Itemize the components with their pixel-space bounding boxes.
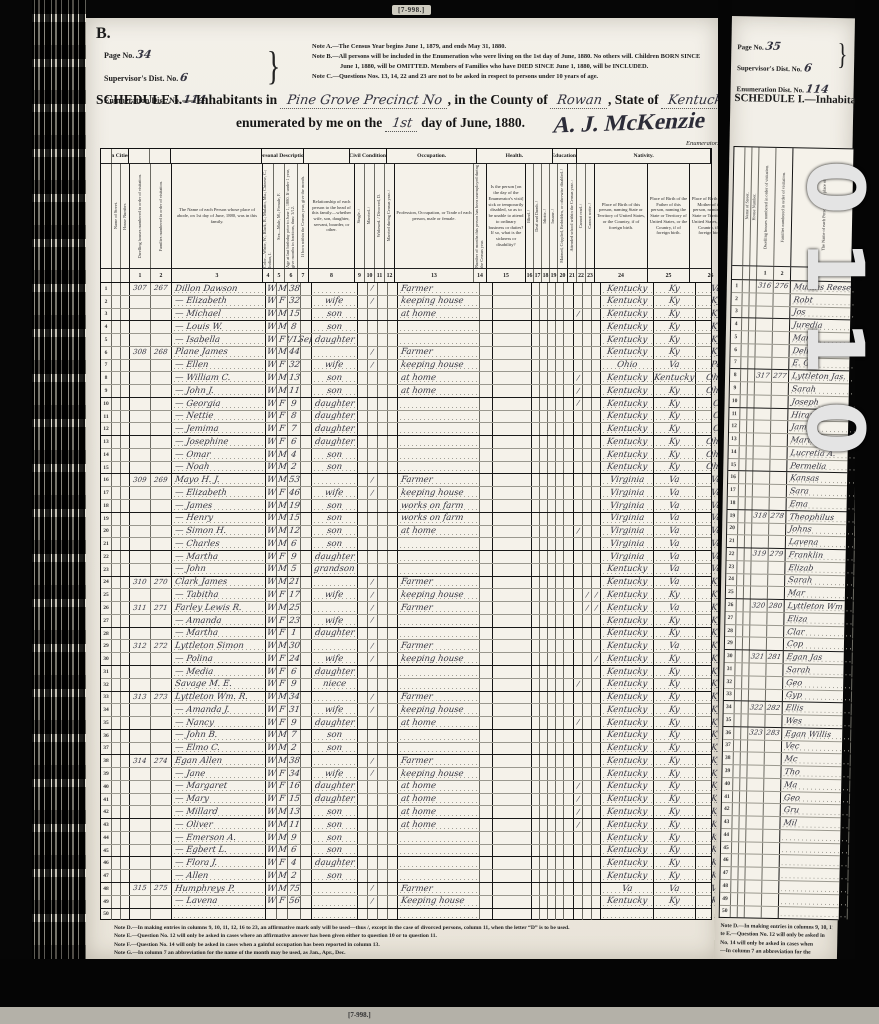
- cell-nm: — Amanda J.: [172, 704, 266, 716]
- right-cell-value: Cop: [786, 640, 803, 648]
- right-cell-value: Ma: [784, 781, 798, 789]
- column-header-fm: Families numbered in order of visitation…: [151, 164, 172, 268]
- table-group-header: In Cities.Personal Description.Civil Con…: [101, 149, 711, 164]
- column-header-label: Place of Birth of the Father of this per…: [648, 194, 689, 238]
- cell-bp: Virginia: [601, 526, 654, 538]
- right-cell-fm: 283: [765, 728, 782, 740]
- cell-value: /: [371, 298, 374, 305]
- column-header-si: Is the person [on the day of the Enumera…: [487, 164, 526, 268]
- right-cell-dw: [745, 906, 762, 918]
- cell-id: [548, 857, 556, 869]
- cell-c: W: [266, 296, 277, 308]
- cell-value: — Martha: [174, 553, 218, 562]
- cell-bl: [532, 717, 540, 729]
- line-number-cell: 20: [101, 526, 112, 538]
- cell-a: 13: [288, 806, 301, 818]
- cell-mai: [564, 628, 574, 640]
- cell-cw: [592, 666, 601, 678]
- cell-id: [548, 896, 556, 908]
- cell-fb: Va: [654, 513, 696, 525]
- cell-hs: [121, 283, 130, 295]
- right-cell-no: 30: [725, 650, 736, 662]
- cell-rl: wife: [312, 615, 358, 627]
- cell-mc: [388, 602, 398, 614]
- right-cell-value: Mar: [787, 589, 805, 597]
- right-district-id-block: Page No. 35 Supervisor's Dist. No. 6 Enu…: [736, 36, 829, 100]
- line-number-cell: 40: [101, 781, 112, 793]
- right-cell-dw: [746, 855, 763, 867]
- cell-mc: [388, 628, 398, 640]
- cell-bp: Kentucky: [601, 692, 654, 704]
- cell-mu: [480, 321, 493, 333]
- cell-cw: [592, 372, 601, 384]
- right-cell-no: 48: [720, 880, 731, 892]
- cell-rl: son: [312, 372, 358, 384]
- cell-fm: 270: [151, 577, 172, 589]
- line-number-cell: 13: [101, 436, 112, 448]
- right-cell-fm: 278: [769, 511, 786, 523]
- table-row: 24310270Clark JamesWM21/FarmerKentuckyVa…: [101, 576, 711, 589]
- cell-value: M: [277, 604, 287, 613]
- cell-sc: [574, 513, 583, 525]
- column-header-ins: Insane. /: [550, 164, 558, 268]
- cell-value: W: [266, 514, 276, 523]
- cell-value: daughter: [314, 668, 355, 677]
- cell-cw: [592, 819, 601, 831]
- cell-value: 46: [288, 489, 300, 498]
- cell-oc: at home: [398, 309, 480, 321]
- cell-cw: [592, 781, 601, 793]
- cell-value: W: [266, 846, 276, 855]
- cell-dw: [130, 334, 151, 346]
- cell-value: Virginia: [609, 553, 644, 562]
- cell-cw: [592, 857, 601, 869]
- cell-c: W: [266, 755, 277, 767]
- cell-fb: Va: [654, 538, 696, 550]
- cell-dw: [130, 309, 151, 321]
- cell-cw: [592, 743, 601, 755]
- cell-value: — Martha: [174, 629, 218, 638]
- cell-fm: 273: [151, 692, 172, 704]
- cell-oc: Farmer: [398, 883, 480, 895]
- cell-cr: [583, 474, 592, 486]
- cell-sc: [574, 283, 583, 295]
- cell-fm: [151, 845, 172, 857]
- cell-mai: [564, 666, 574, 678]
- cell-cr: [583, 551, 592, 563]
- cell-a: 21: [288, 577, 301, 589]
- cell-wd: [378, 538, 388, 550]
- cell-value: 44: [288, 348, 300, 357]
- right-cell-value: Gyp: [785, 692, 802, 700]
- left-film-edge: [32, 0, 86, 1024]
- cell-sc: /: [574, 398, 583, 410]
- right-cell-no: 45: [721, 842, 732, 854]
- cell-id: [548, 845, 556, 857]
- cell-mr: /: [368, 360, 378, 372]
- right-cell-value: Ellis: [785, 704, 804, 712]
- right-cell-nm: Eliza: [784, 613, 853, 626]
- cell-c: W: [266, 309, 277, 321]
- table-row: 17— ElizabethWF46wife/keeping houseVirgi…: [101, 486, 711, 499]
- right-footer-notes: Note D.—In making entries in columns 9, …: [720, 922, 833, 958]
- cell-dd: [540, 398, 548, 410]
- cell-value: M: [277, 348, 287, 357]
- cell-value: F: [278, 668, 285, 677]
- cell-value: Savage M. E.: [174, 680, 232, 689]
- table-row: 5— IsabellaWF3/12SepdaughterKentuckyKyKy: [101, 333, 711, 346]
- cell-dd: [540, 857, 548, 869]
- table-row: 34— Amanda J.WF31wife/keeping houseKentu…: [101, 703, 711, 716]
- cell-value: W: [266, 476, 276, 485]
- cell-mc: [388, 487, 398, 499]
- cell-sg: [358, 283, 368, 295]
- right-cell-nm: [780, 830, 849, 843]
- cell-cr: [583, 794, 592, 806]
- cell-mai: [564, 577, 574, 589]
- cell-a: 15: [288, 309, 301, 321]
- cell-mai: [564, 296, 574, 308]
- cell-bp: Kentucky: [601, 449, 654, 461]
- line-number-cell: 46: [101, 857, 112, 869]
- cell-oc: [398, 870, 480, 882]
- cell-a: 12: [288, 526, 301, 538]
- cell-mu: [480, 679, 493, 691]
- cell-value: /: [371, 885, 374, 892]
- cell-wd: [378, 679, 388, 691]
- right-cell-dw: [747, 766, 764, 778]
- cell-cr: [583, 283, 592, 295]
- cell-oc: Farmer: [398, 347, 480, 359]
- cell-wd: [378, 372, 388, 384]
- right-cell-fm: [770, 485, 787, 497]
- cell-rl: son: [312, 462, 358, 474]
- table-body: 1307267Dillon DawsonWM38/FarmerKentuckyK…: [101, 283, 711, 920]
- cell-ins: [556, 717, 564, 729]
- right-cell-nm: [779, 894, 848, 907]
- cell-fm: 268: [151, 347, 172, 359]
- cell-sg: [358, 462, 368, 474]
- cell-c: W: [266, 474, 277, 486]
- cell-oc: keeping house: [398, 704, 480, 716]
- cell-mu: [480, 296, 493, 308]
- cell-s: F: [277, 411, 288, 423]
- cell-a: 9: [288, 551, 301, 563]
- table-row: 8— William C.WM13sonat home/KentuckyKent…: [101, 371, 711, 384]
- cell-value: /: [576, 528, 579, 535]
- cell-hs: [121, 806, 130, 818]
- cell-mu: [480, 704, 493, 716]
- cell-wd: [378, 385, 388, 397]
- line-number-cell: 7: [101, 360, 112, 372]
- column-header-id: Idiotic. /: [542, 164, 550, 268]
- cell-mai: [564, 283, 574, 295]
- cell-s: F: [277, 857, 288, 869]
- cell-sc: [574, 628, 583, 640]
- cell-c: W: [266, 640, 277, 652]
- cell-fm: [151, 781, 172, 793]
- cell-value: F: [278, 425, 285, 434]
- cell-value: 7: [291, 425, 298, 434]
- cell-ins: [556, 781, 564, 793]
- cell-ins: [556, 564, 564, 576]
- line-number-cell: 22: [101, 551, 112, 563]
- cell-value: — John J.: [174, 387, 214, 396]
- right-table-row: 46: [721, 853, 840, 868]
- right-table-row: 36323283Egan Willis: [723, 726, 842, 741]
- cell-dw: [130, 717, 151, 729]
- cell-nm: — William C.: [172, 372, 266, 384]
- cell-id: [548, 692, 556, 704]
- cell-cr: [583, 513, 592, 525]
- cell-c: W: [266, 321, 277, 333]
- cell-hs: [121, 857, 130, 869]
- header-note-line: Note B.—All persons will be included in …: [312, 52, 732, 62]
- cell-fm: [151, 423, 172, 435]
- cell-fb: Va: [654, 526, 696, 538]
- cell-a: 17: [288, 589, 301, 601]
- cell-s: M: [277, 806, 288, 818]
- cell-mu: [480, 423, 493, 435]
- cell-value: /: [371, 477, 374, 484]
- right-cell-nm: Ma: [781, 779, 850, 792]
- cell-value: 32: [288, 361, 300, 370]
- cell-nm: — Martha: [172, 628, 266, 640]
- right-cell-no: 18: [728, 497, 739, 509]
- cell-id: [548, 615, 556, 627]
- right-cell-fm: [771, 421, 788, 433]
- column-number-mr: 10: [365, 269, 375, 282]
- cell-fb: Ky: [654, 309, 696, 321]
- cell-value: Kentucky: [606, 285, 647, 294]
- column-header-mai: Maimed, Crippled, Bedridden, or otherwis…: [558, 164, 568, 268]
- cell-bp: Kentucky: [601, 640, 654, 652]
- cell-value: 38: [288, 757, 300, 766]
- cell-value: works on farm: [400, 502, 464, 511]
- cell-cr: [583, 832, 592, 844]
- cell-value: W: [266, 795, 276, 804]
- cell-sg: [358, 794, 368, 806]
- group-header-bp: Nativity.: [577, 149, 711, 163]
- right-cell-value: Mc: [784, 755, 798, 763]
- cell-nm: — Jane: [172, 768, 266, 780]
- cell-value: — Flora J.: [174, 859, 217, 868]
- cell-si: [493, 360, 532, 372]
- cell-rl: son: [312, 385, 358, 397]
- cell-fm: [151, 589, 172, 601]
- cell-dw: [130, 360, 151, 372]
- cell-fb: Ky: [654, 832, 696, 844]
- right-cell-value: Lyttleton Wm: [787, 602, 843, 611]
- cell-c: W: [266, 372, 277, 384]
- group-header-sc: Education.: [553, 149, 578, 163]
- right-cell-nm: Sarah: [785, 575, 854, 588]
- cell-hs: [121, 360, 130, 372]
- cell-mai: [564, 845, 574, 857]
- cell-value: M: [277, 463, 287, 472]
- cell-value: F: [278, 706, 285, 715]
- column-number-hs: [121, 269, 130, 282]
- cell-bl: [532, 857, 540, 869]
- cell-bl: [532, 577, 540, 589]
- cell-sg: [358, 398, 368, 410]
- table-row: 19— HenryWM15sonworks on farmVirginiaVaV…: [101, 512, 711, 525]
- cell-mu: [480, 781, 493, 793]
- cell-fb: Ky: [654, 628, 696, 640]
- line-number-cell: 26: [101, 602, 112, 614]
- cell-nm: — Margaret: [172, 781, 266, 793]
- column-header-dw: Dwelling houses numbered in order of vis…: [130, 164, 151, 268]
- cell-bl: [532, 628, 540, 640]
- cell-hs: [121, 832, 130, 844]
- cell-mu: [480, 526, 493, 538]
- county-label: , in the County of: [448, 92, 548, 107]
- cell-c: W: [266, 462, 277, 474]
- cell-mai: [564, 513, 574, 525]
- cell-value: F: [278, 489, 285, 498]
- cell-oc: Farmer: [398, 755, 480, 767]
- cell-nm: — John: [172, 564, 266, 576]
- cell-nm: [172, 909, 266, 921]
- right-cell-no: 14: [729, 446, 740, 458]
- cell-mo: [301, 423, 312, 435]
- cell-st: [112, 372, 121, 384]
- cell-mu: [480, 347, 493, 359]
- cell-dw: [130, 449, 151, 461]
- cell-hs: [121, 653, 130, 665]
- cell-mu: [480, 717, 493, 729]
- right-cell-value: Geo: [786, 679, 803, 687]
- right-cell-no: 11: [729, 408, 740, 420]
- cell-cr: [583, 666, 592, 678]
- line-number-cell: 29: [101, 640, 112, 652]
- table-row: 43— OliverWM11sonat home/KentuckyKyKy: [101, 818, 711, 831]
- cell-hs: [121, 794, 130, 806]
- right-cell-no: 46: [721, 854, 732, 866]
- cell-s: F: [277, 423, 288, 435]
- cell-fm: [151, 857, 172, 869]
- cell-a: 8: [288, 321, 301, 333]
- cell-st: [112, 321, 121, 333]
- cell-mai: [564, 832, 574, 844]
- cell-value: 6: [291, 846, 298, 855]
- right-table-row: 27Eliza: [725, 611, 844, 626]
- cell-a: 15: [288, 794, 301, 806]
- right-column-number: 1: [757, 267, 774, 280]
- cell-dd: [540, 781, 548, 793]
- column-header-label: Relationship of each person to the head …: [309, 197, 354, 235]
- cell-mr: /: [368, 692, 378, 704]
- right-cell-value: Sarah: [786, 666, 811, 674]
- cell-cw: [592, 794, 601, 806]
- cell-wd: [378, 909, 388, 921]
- cell-si: [493, 692, 532, 704]
- cell-mai: [564, 768, 574, 780]
- cell-mai: [564, 883, 574, 895]
- cell-id: [548, 717, 556, 729]
- cell-value: daughter: [314, 412, 355, 421]
- cell-cr: [583, 347, 592, 359]
- cell-dw: 313: [130, 692, 151, 704]
- cell-fm: [151, 909, 172, 921]
- cell-fb: Ky: [654, 857, 696, 869]
- column-number-mai: 20: [558, 269, 568, 282]
- cell-nm: — John B.: [172, 730, 266, 742]
- right-cell-value: Franklin: [788, 551, 824, 560]
- cell-fm: 275: [151, 883, 172, 895]
- cell-dd: [540, 385, 548, 397]
- cell-rl: son: [312, 832, 358, 844]
- cell-mu: [480, 743, 493, 755]
- cell-id: [548, 832, 556, 844]
- cell-s: M: [277, 372, 288, 384]
- column-number-mu: 14: [474, 269, 487, 282]
- cell-mai: [564, 615, 574, 627]
- column-header-label: Attended school within the Census year. …: [570, 180, 575, 251]
- cell-value: Va: [669, 527, 681, 536]
- cell-ins: [556, 360, 564, 372]
- cell-value: Virginia: [609, 502, 644, 511]
- cell-value: 4: [291, 859, 298, 868]
- cell-s: M: [277, 692, 288, 704]
- cell-hs: [121, 385, 130, 397]
- column-header-c: Color—White, W.; Black, B.; Mulatto, Mu.…: [263, 164, 274, 268]
- cell-oc: [398, 462, 480, 474]
- cell-bp: Kentucky: [601, 283, 654, 295]
- cell-st: [112, 806, 121, 818]
- cell-value: W: [266, 897, 276, 906]
- cell-wd: [378, 717, 388, 729]
- column-header-label: Color—White, W.; Black, B.; Mulatto, Mu.…: [263, 164, 273, 268]
- cell-c: W: [266, 411, 277, 423]
- column-number-mo: 7: [298, 269, 309, 282]
- cell-wd: [378, 806, 388, 818]
- cell-sc: /: [574, 794, 583, 806]
- right-table-row: 50: [720, 904, 839, 919]
- cell-a: 2: [288, 462, 301, 474]
- cell-rl: son: [312, 870, 358, 882]
- right-cell-fm: [764, 779, 781, 791]
- cell-dw: 307: [130, 283, 151, 295]
- cell-cw: [592, 615, 601, 627]
- right-table-row: 45: [721, 841, 840, 856]
- right-cell-nm: Geo: [781, 792, 850, 805]
- cell-sc: [574, 589, 583, 601]
- cell-value: Kentucky: [606, 617, 647, 626]
- cell-bp: Kentucky: [601, 372, 654, 384]
- cell-value: 19: [288, 502, 300, 511]
- cell-a: 44: [288, 347, 301, 359]
- cell-sg: [358, 513, 368, 525]
- right-cell-nm: Ema: [787, 498, 856, 511]
- cell-si: [493, 640, 532, 652]
- cell-dw: [130, 704, 151, 716]
- cell-value: keeping house: [400, 489, 464, 498]
- right-table-row: 37Vec: [723, 739, 842, 754]
- right-cell-no: 23: [726, 561, 737, 573]
- right-cell-nm: Wes: [782, 715, 851, 728]
- cell-value: daughter: [314, 795, 355, 804]
- cell-nm: — Oliver: [172, 819, 266, 831]
- cell-fb: Va: [654, 360, 696, 372]
- line-number-cell: 23: [101, 564, 112, 576]
- cell-cr: [583, 296, 592, 308]
- cell-ins: [556, 526, 564, 538]
- cell-value: Kentucky: [606, 591, 647, 600]
- cell-value: son: [326, 872, 342, 881]
- cell-value: W: [266, 642, 276, 651]
- cell-cr: [583, 743, 592, 755]
